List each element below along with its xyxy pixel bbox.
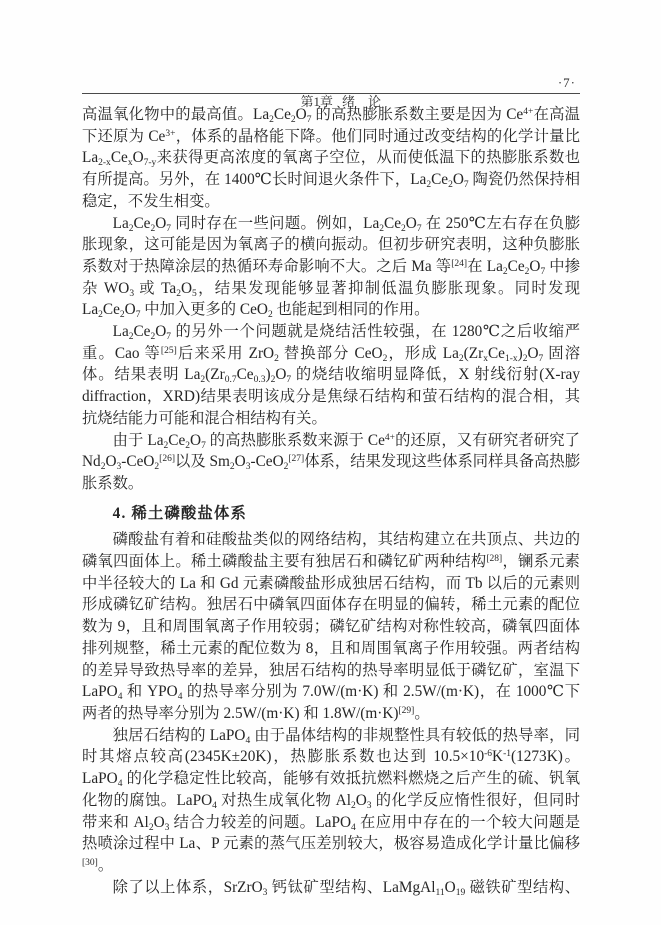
paragraph: 高温氧化物中的最高值。La2Ce2O7 的高热膨胀系数主要是因为 Ce4+在高温… bbox=[82, 104, 580, 213]
page-body: 高温氧化物中的最高值。La2Ce2O7 的高热膨胀系数主要是因为 Ce4+在高温… bbox=[82, 104, 580, 898]
paragraph: 磷酸盐有着和硅酸盐类似的网络结构，其结构建立在共顶点、共边的磷氧四面体上。稀土磷… bbox=[82, 529, 580, 724]
paragraph: 除了以上体系，SrZrO3 钙钛矿型结构、LaMgAl11O19 磁铁矿型结构、 bbox=[82, 877, 580, 899]
page-number: ·7· bbox=[558, 75, 576, 91]
paragraph: La2Ce2O7 同时存在一些问题。例如，La2Ce2O7 在 250℃左右存在… bbox=[82, 213, 580, 322]
running-header: 第1章绪 论 ·7· bbox=[82, 75, 580, 94]
section-heading: 4. 稀土磷酸盐体系 bbox=[82, 503, 580, 525]
paragraph: 独居石结构的 LaPO4 由于晶体结构的非规整性具有较低的热导率，同时其熔点较高… bbox=[82, 725, 580, 877]
paragraph: 由于 La2Ce2O7 的高热膨胀系数来源于 Ce4+的还原，又有研究者研究了 … bbox=[82, 430, 580, 495]
paragraph: La2Ce2O7 的另外一个问题就是烧结活性较强，在 1280℃之后收缩严重。C… bbox=[82, 321, 580, 430]
book-page: 第1章绪 论 ·7· 高温氧化物中的最高值。La2Ce2O7 的高热膨胀系数主要… bbox=[0, 0, 661, 925]
